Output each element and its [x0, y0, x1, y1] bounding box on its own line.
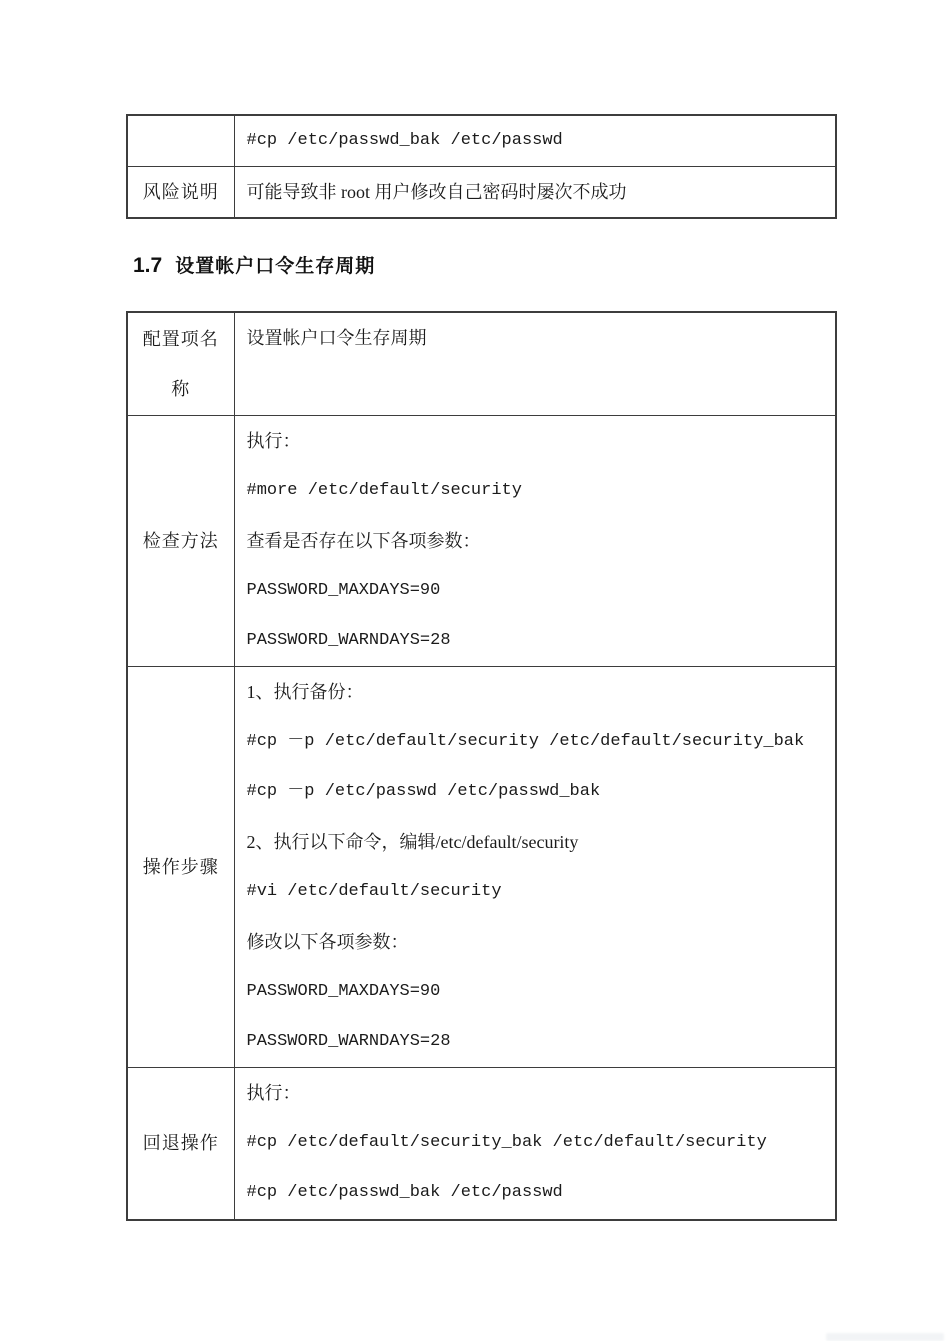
- paragraph: 执行：: [247, 1068, 830, 1118]
- row-content-cell: 设置帐户口令生存周期: [234, 312, 836, 415]
- section-heading: 1.7 设置帐户口令生存周期: [133, 250, 950, 283]
- command-text: #more /etc/default/security: [247, 466, 830, 516]
- command-text: PASSWORD_WARNDAYS=28: [247, 1017, 830, 1067]
- command-text: #cp /etc/default/security_bak /etc/defau…: [247, 1118, 830, 1168]
- row-content-cell: 可能导致非 root 用户修改自己密码时屡次不成功: [234, 167, 836, 219]
- row-content-cell: 执行： #cp /etc/default/security_bak /etc/d…: [234, 1067, 836, 1220]
- paragraph: 可能导致非 root 用户修改自己密码时屡次不成功: [247, 167, 830, 217]
- paragraph: 修改以下各项参数：: [247, 917, 830, 967]
- row-label-cell: 检查方法: [127, 415, 234, 666]
- row-label-cell: 风险说明: [127, 167, 234, 219]
- row-label-cell: 回退操作: [127, 1067, 234, 1220]
- command-text: PASSWORD_WARNDAYS=28: [247, 616, 830, 666]
- section-title: 设置帐户口令生存周期: [175, 251, 375, 283]
- paragraph: 1、执行备份：: [247, 667, 830, 717]
- row-label-cell: 操作步骤: [127, 666, 234, 1067]
- row-label-cell: 配置项名称: [127, 312, 234, 415]
- paragraph: 设置帐户口令生存周期: [247, 313, 830, 363]
- document-page: #cp /etc/passwd_bak /etc/passwd 风险说明 可能导…: [0, 0, 950, 1341]
- table-row-rollback: 回退操作 执行： #cp /etc/default/security_bak /…: [127, 1067, 836, 1220]
- command-text: PASSWORD_MAXDAYS=90: [247, 566, 830, 616]
- paragraph: 执行：: [247, 416, 830, 466]
- table-row: 风险说明 可能导致非 root 用户修改自己密码时屡次不成功: [127, 167, 836, 219]
- row-content-cell: #cp /etc/passwd_bak /etc/passwd: [234, 115, 836, 167]
- table-row-check-method: 检查方法 执行： #more /etc/default/security 查看是…: [127, 415, 836, 666]
- config-item-table: 配置项名称 设置帐户口令生存周期 检查方法 执行： #more /etc/def…: [126, 311, 837, 1221]
- command-text: PASSWORD_MAXDAYS=90: [247, 967, 830, 1017]
- paragraph: 查看是否存在以下各项参数：: [247, 516, 830, 566]
- row-content-cell: 1、执行备份： #cp －p /etc/default/security /et…: [234, 666, 836, 1067]
- previous-section-table: #cp /etc/passwd_bak /etc/passwd 风险说明 可能导…: [126, 114, 837, 219]
- table-row-operation-steps: 操作步骤 1、执行备份： #cp －p /etc/default/securit…: [127, 666, 836, 1067]
- paragraph: 2、执行以下命令，编辑/etc/default/security: [247, 817, 830, 867]
- command-text: #cp －p /etc/default/security /etc/defaul…: [247, 717, 830, 767]
- command-text: #cp /etc/passwd_bak /etc/passwd: [247, 1168, 830, 1218]
- command-text: #cp /etc/passwd_bak /etc/passwd: [247, 116, 830, 166]
- row-label-cell: [127, 115, 234, 167]
- command-text: #vi /etc/default/security: [247, 867, 830, 917]
- command-text: #cp －p /etc/passwd /etc/passwd_bak: [247, 767, 830, 817]
- section-number: 1.7: [133, 250, 162, 282]
- table-row-config-name: 配置项名称 设置帐户口令生存周期: [127, 312, 836, 415]
- row-content-cell: 执行： #more /etc/default/security 查看是否存在以下…: [234, 415, 836, 666]
- table-row: #cp /etc/passwd_bak /etc/passwd: [127, 115, 836, 167]
- watermark-fragment: [826, 1333, 944, 1341]
